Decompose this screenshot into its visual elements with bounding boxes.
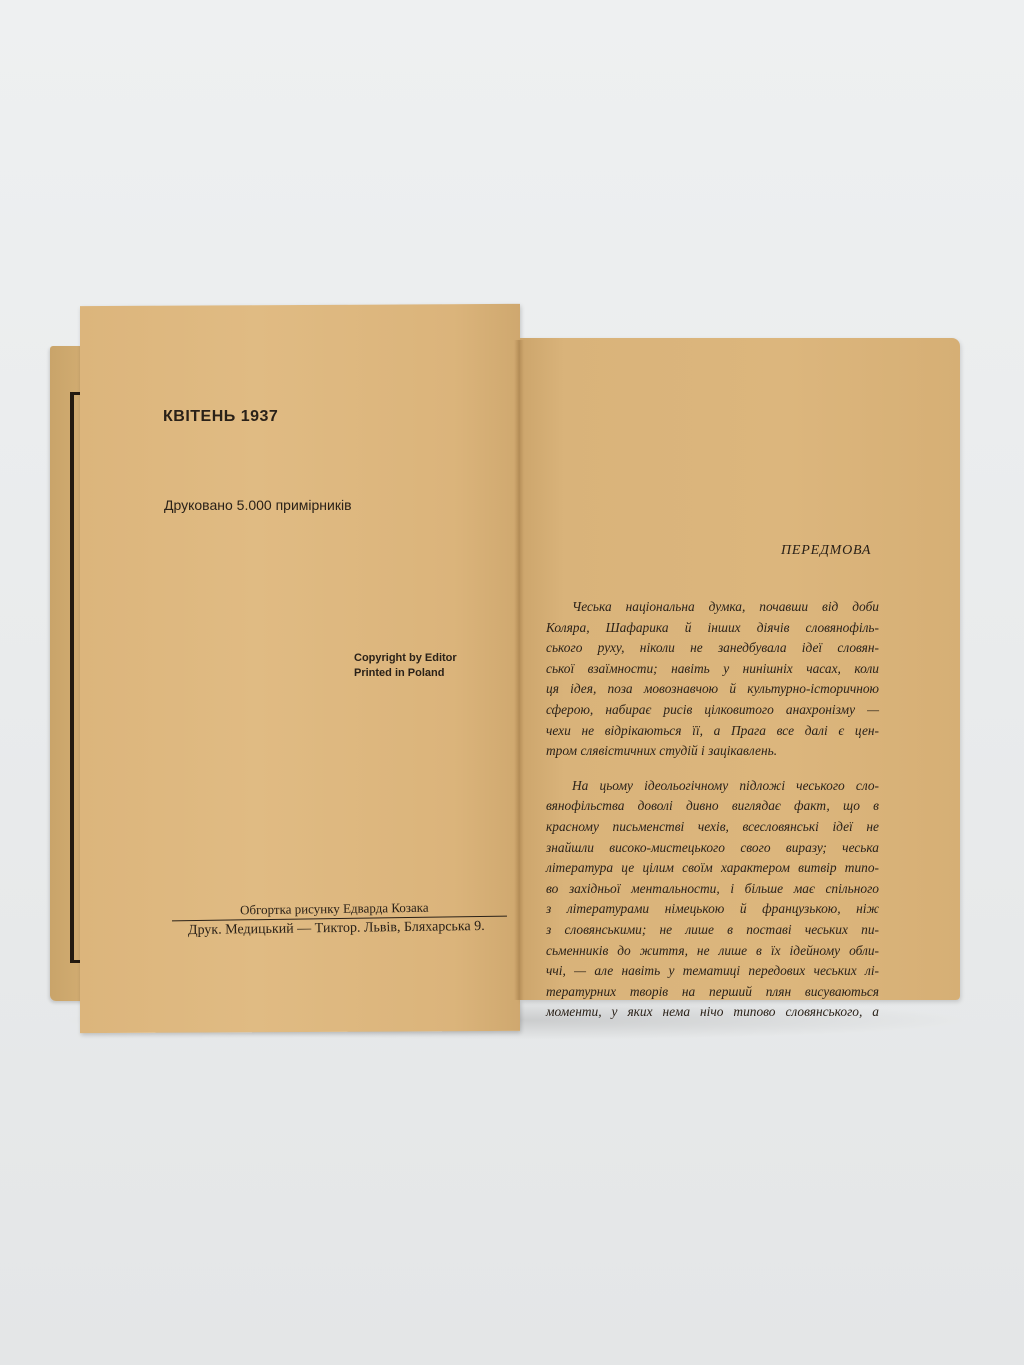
preface-line: ського руху, ніколи не занедбувала ідеї … [546, 638, 879, 659]
preface-line: На цьому ідеольогічному підложі чеського… [546, 776, 879, 797]
preface-line: література це цілим своїм характером вит… [546, 858, 879, 879]
preface-line: ця ідея, поза мовознавчою й культурно-іс… [546, 679, 879, 700]
print-run: Друковано 5.000 примірників [164, 497, 352, 513]
preface-line: тературних творів на перший плян висуваю… [546, 982, 879, 1003]
preface-line: тром слявістичних студій і зацікавлень. [546, 741, 879, 762]
preface-line: ської взаїмности; навіть у нинішніх часа… [546, 659, 879, 680]
preface-line: красному письменстві чехів, всесловянськ… [546, 817, 879, 838]
preface-line: во західньої ментальности, і більше має … [546, 879, 879, 900]
preface-line: сферою, набирає рисів цілковитого анахро… [546, 700, 879, 721]
publication-date: КВІТЕНЬ 1937 [163, 408, 278, 426]
preface-line: з словянськими; не лише в поставі чеськи… [546, 920, 879, 941]
copyright-notice: Copyright by Editor Printed in Poland [354, 651, 457, 681]
preface-line: чехи не відрікаються її, а Прага все дал… [546, 721, 879, 742]
preface-body: Чеська національна думка, почавши від до… [546, 597, 879, 1037]
preface-line: з літературами німецькою й французькою, … [546, 899, 879, 920]
preface-line: вянофільства доволі дивно виглядає факт,… [546, 796, 879, 817]
preface-line: Коляра, Шафарика й інших діячів словяноф… [546, 618, 879, 639]
preface-paragraph-1: Чеська національна думка, почавши від до… [546, 597, 879, 762]
preface-line: ччі, — але навіть у тематиці передових ч… [546, 961, 879, 982]
preface-paragraph-2: На цьому ідеольогічному підложі чеського… [546, 776, 879, 1023]
preface-line: знайшли високо-мистецького свого виразу;… [546, 838, 879, 859]
cover-credit: Обгортка рисунку Едварда Козака [240, 900, 429, 919]
preface-title: ПЕРЕДМОВА [781, 543, 871, 559]
book-gutter [514, 340, 524, 1000]
preface-line: сьменників до життя, не лише в їх ідейно… [546, 941, 879, 962]
preface-line: моменти, у яких нема нічо типово словянс… [546, 1002, 879, 1023]
preface-line: Чеська національна думка, почавши від до… [546, 597, 879, 618]
copyright-line: Copyright by Editor [354, 651, 457, 666]
printed-in-line: Printed in Poland [354, 666, 457, 681]
